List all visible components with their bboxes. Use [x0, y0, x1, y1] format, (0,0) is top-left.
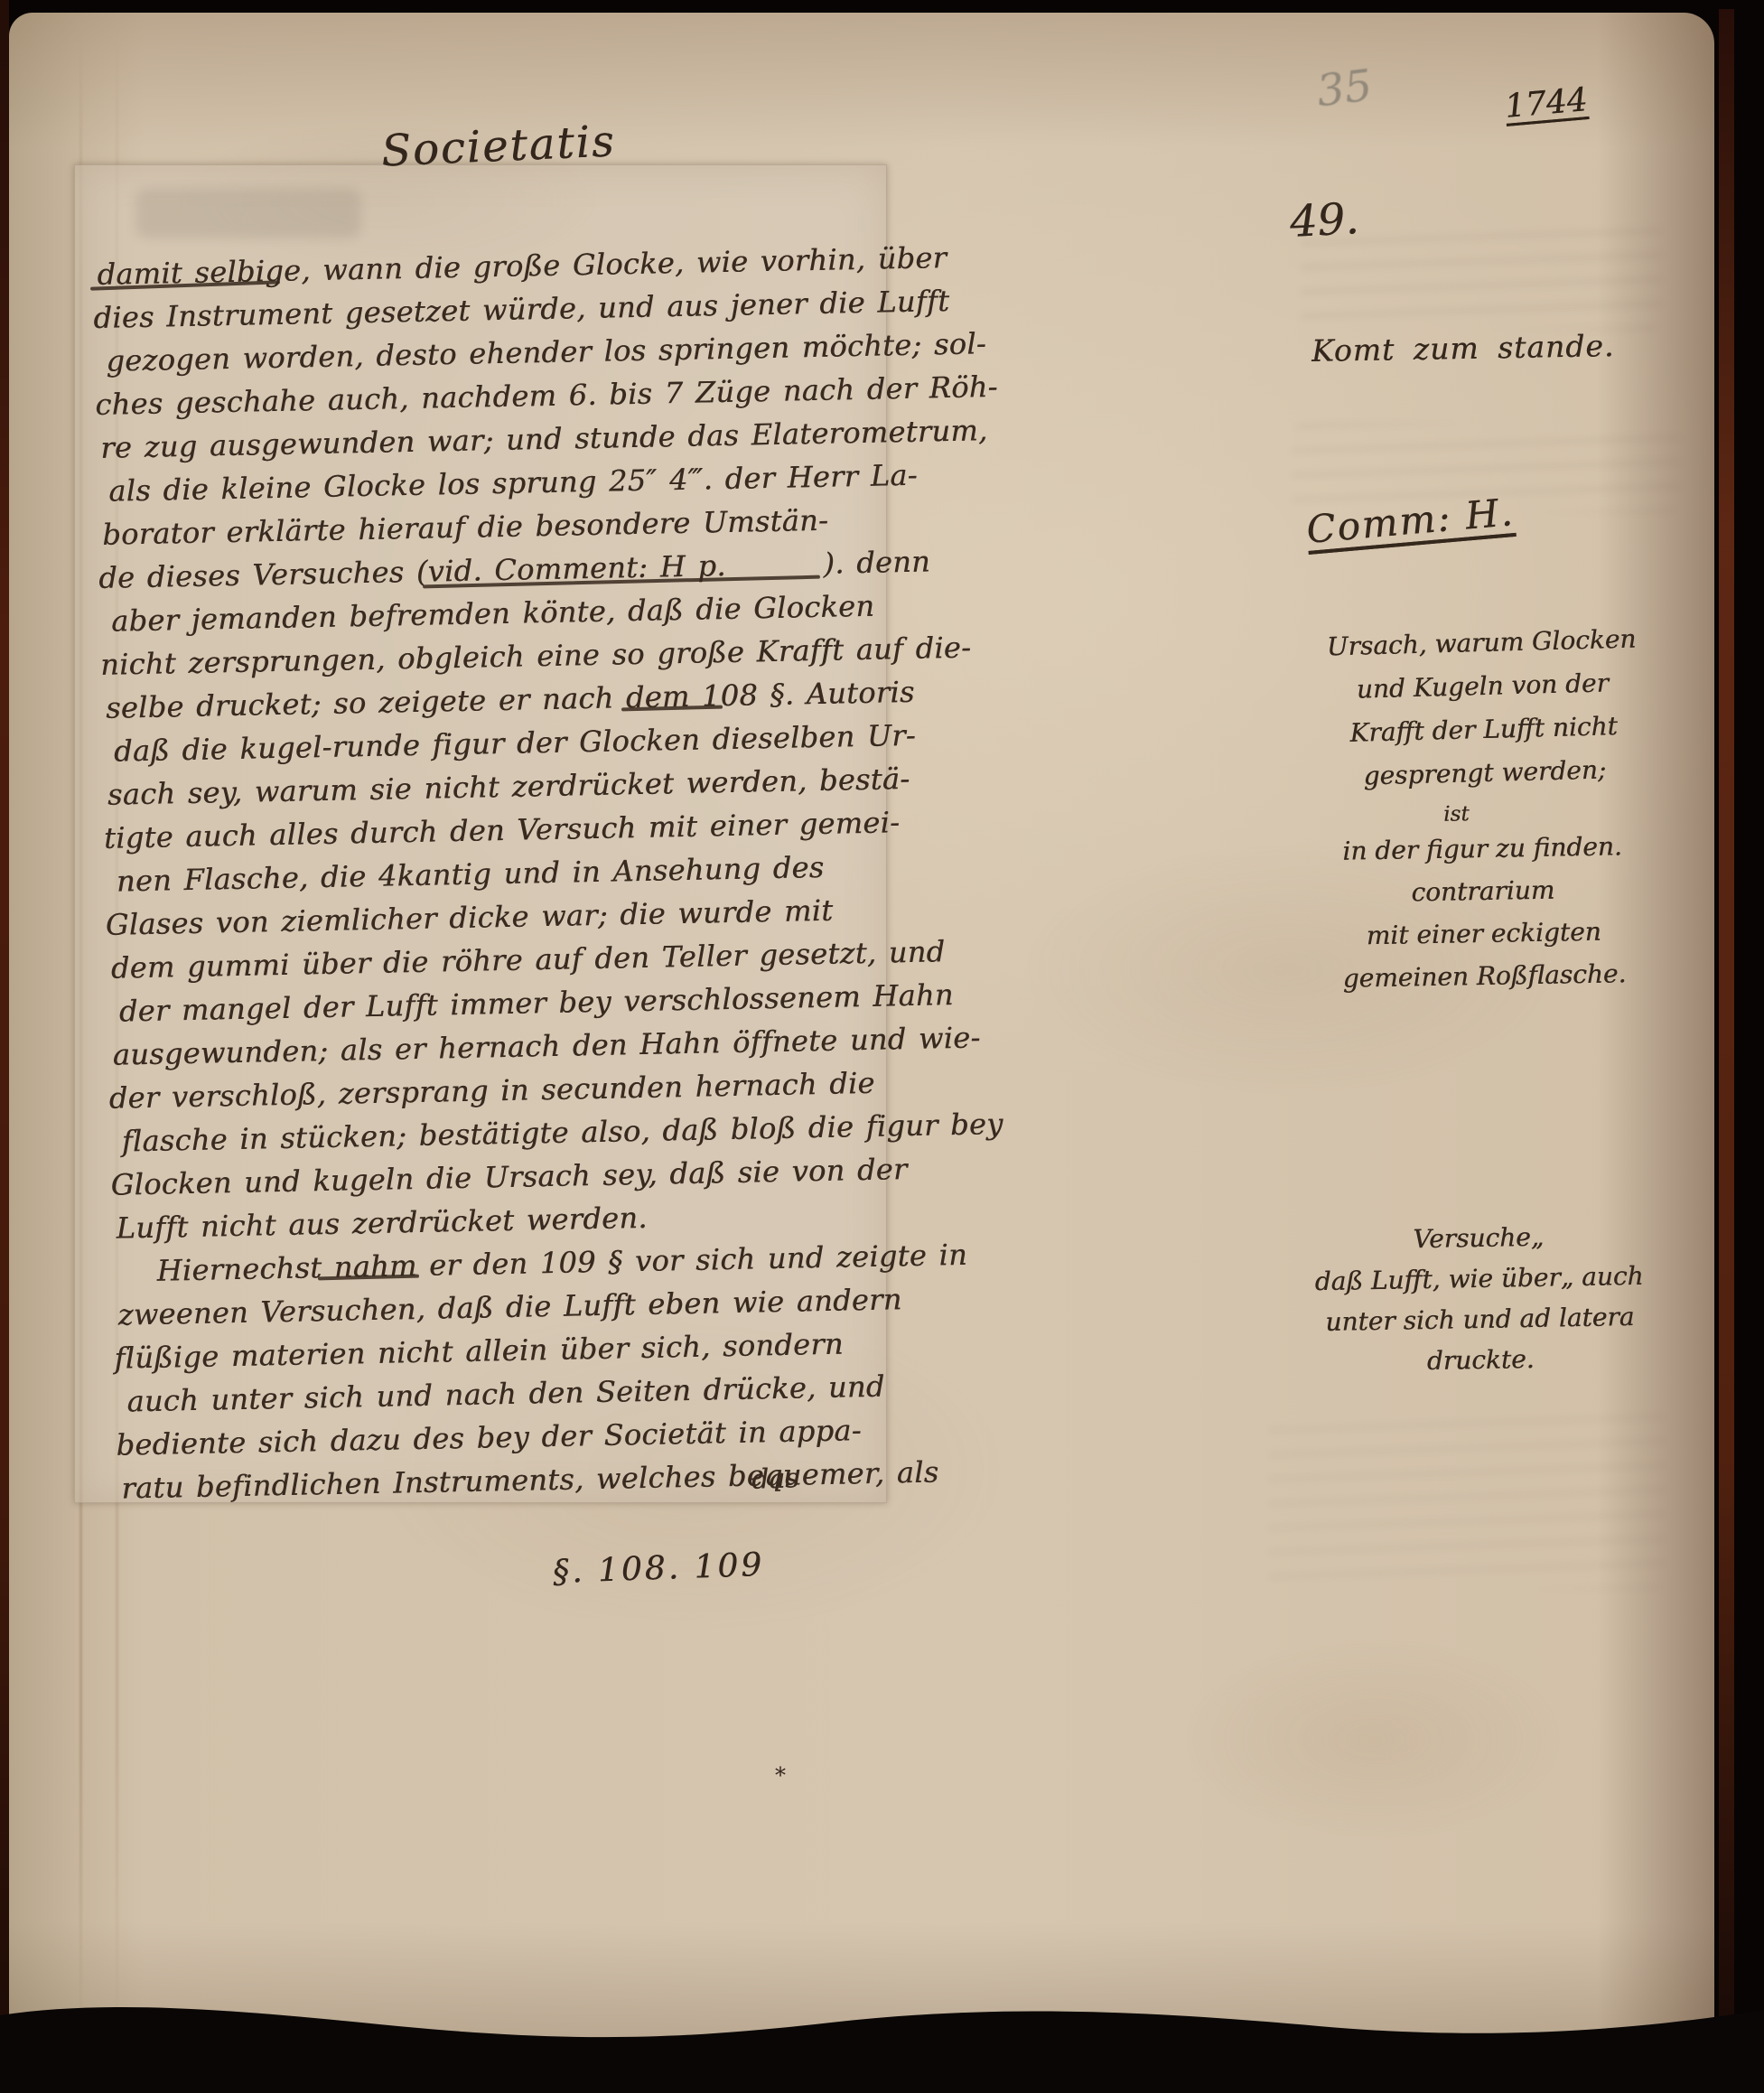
- page-number: 49.: [1289, 193, 1360, 248]
- margin-note-komt: Komt zum stande.: [1311, 328, 1615, 369]
- margin-note-versuche: Versuche„ daß Lufft, wie über„ auch unte…: [1252, 1214, 1706, 1385]
- page-bottom-shadow: [0, 1985, 1764, 2093]
- page-heading: Societatis: [380, 116, 617, 176]
- footnote-mark: ⁎: [775, 1756, 786, 1781]
- year-annotation: 1744: [1503, 81, 1589, 126]
- section-caption: §. 108. 109: [552, 1546, 764, 1591]
- book-cover-edge: [1719, 9, 1734, 2078]
- margin-note-line: gemeinen Roßflasche.: [1258, 951, 1711, 1002]
- margin-note-figur: ist in der figur zu finden. contrarium m…: [1255, 797, 1711, 1002]
- margin-note-line: druckte.: [1255, 1336, 1707, 1385]
- margin-note-ursach: Ursach, warum Glocken und Kugeln von der…: [1265, 616, 1703, 800]
- manuscript-scan: { "annotations": { "pencil_folio": "35",…: [0, 0, 1764, 2093]
- catchword: das: [751, 1462, 799, 1496]
- book-spine-edge: [0, 0, 9, 2093]
- margin-note-line: daß Lufft, wie über„ auch: [1253, 1255, 1705, 1303]
- pencil-folio-number: 35: [1314, 60, 1375, 117]
- main-text-block: damit selbige, wann die große Glocke, wi…: [92, 237, 916, 1509]
